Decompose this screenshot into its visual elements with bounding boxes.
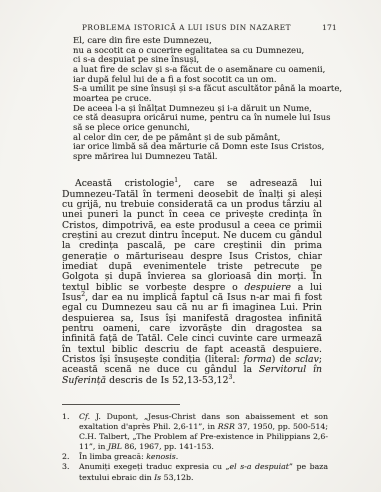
footnote-text: Cf. J. Dupont, „Jesus-Christ dans son ab… bbox=[79, 412, 328, 452]
footnote-text: În limba greacă: kenosis. bbox=[79, 452, 328, 462]
page-number: 171 bbox=[322, 23, 337, 32]
poem-line: spre mărirea lui Dumnezeu Tatăl. bbox=[73, 153, 365, 163]
footnote-number: 1. bbox=[62, 412, 79, 452]
book-page-scan: PROBLEMA ISTORICĂ A LUI ISUS DIN NAZARET… bbox=[0, 0, 381, 492]
running-head-title: PROBLEMA ISTORICĂ A LUI ISUS DIN NAZARET bbox=[62, 23, 311, 32]
footnotes-section: 1. Cf. J. Dupont, „Jesus-Christ dans son… bbox=[62, 412, 328, 483]
footnote-item: 3. Anumiți exegeți traduc expresia cu „e… bbox=[62, 462, 328, 482]
hymn-quotation-block: El, care din fire este Dumnezeu, nu a so… bbox=[73, 37, 365, 163]
footnote-number: 2. bbox=[62, 452, 79, 462]
footnote-divider bbox=[62, 404, 180, 405]
footnote-item: 1. Cf. J. Dupont, „Jesus-Christ dans son… bbox=[62, 412, 328, 452]
footnote-text: Anumiți exegeți traduc expresia cu „el s… bbox=[79, 462, 328, 482]
footnote-number: 3. bbox=[62, 462, 79, 482]
body-paragraph: Această cristologie1, care se adresează … bbox=[62, 179, 322, 386]
running-head: PROBLEMA ISTORICĂ A LUI ISUS DIN NAZARET… bbox=[62, 23, 337, 33]
footnote-item: 2. În limba greacă: kenosis. bbox=[62, 452, 328, 462]
